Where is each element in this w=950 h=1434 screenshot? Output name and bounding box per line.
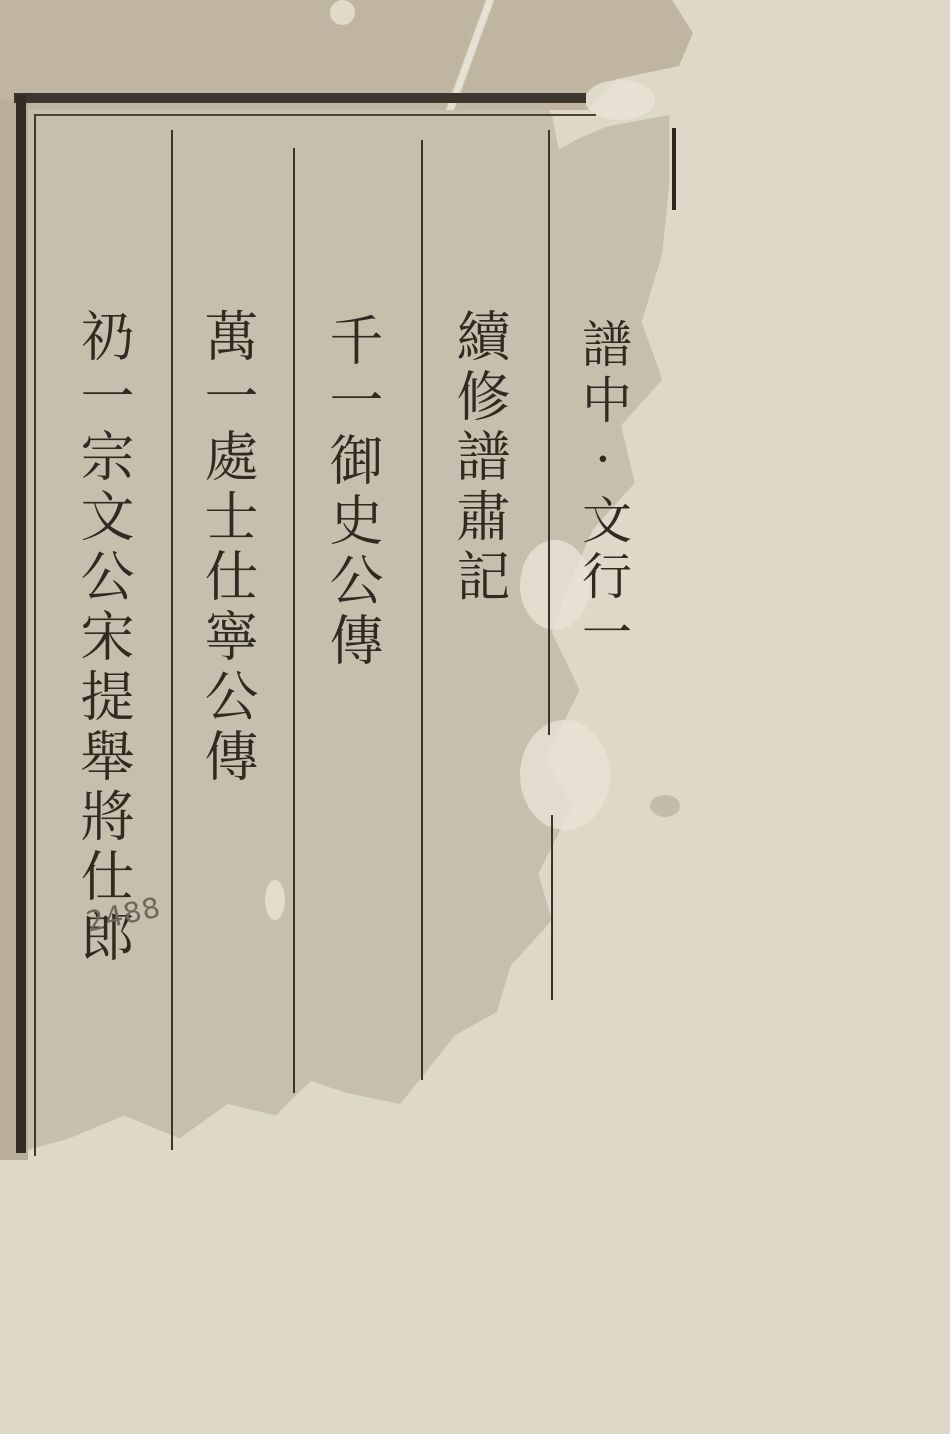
text-column-entry: 萬一處士仕寧公傳: [200, 308, 254, 788]
document-page: 譜中·文行一 續修譜肅記 千一御史公傳 萬一處士仕寧公傳 礽一宗文公宋提舉將仕郎…: [0, 0, 950, 1434]
frame-left-border: [16, 95, 26, 1153]
frame-left-inner-line: [34, 114, 36, 1156]
paper-damage-spot: [265, 880, 285, 920]
column-divider: [551, 815, 553, 1000]
column-divider: [672, 128, 676, 210]
paper-damage-spot: [330, 0, 355, 25]
text-column-header: 譜中·文行一: [578, 318, 628, 662]
stain-spot: [650, 795, 680, 817]
column-divider: [293, 148, 295, 1093]
column-divider: [171, 130, 173, 1150]
frame-top-inner-line: [36, 114, 596, 116]
column-divider: [421, 140, 423, 1080]
frame-top-border: [14, 93, 586, 103]
text-column-entry: 千一御史公傳: [325, 312, 379, 672]
text-column-entry: 礽一宗文公宋提舉將仕郎: [76, 308, 130, 968]
text-column-title: 續修譜肅記: [452, 308, 506, 608]
column-divider: [548, 130, 550, 735]
paper-damage-spot: [520, 720, 610, 830]
